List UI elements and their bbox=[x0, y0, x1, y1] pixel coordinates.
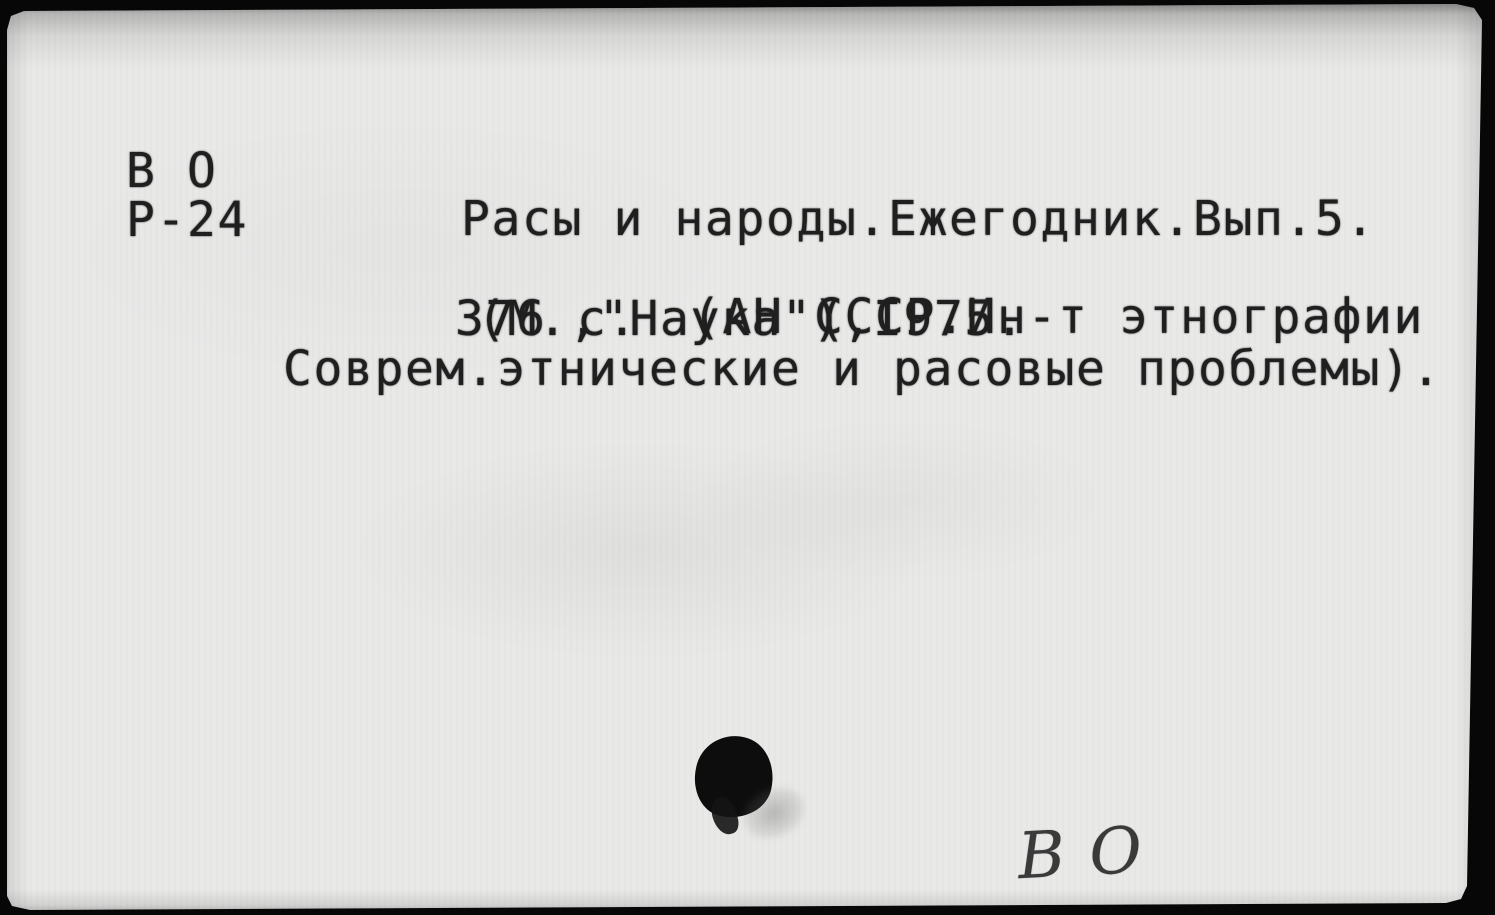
handwritten-classmark: В О bbox=[1016, 819, 1145, 889]
catalog-card: В О Р-24 Расы и народы.Ежегодник.Вып.5. … bbox=[0, 0, 1495, 915]
title-line: Расы и народы.Ежегодник.Вып.5. bbox=[461, 195, 1376, 243]
classmark-section: В О bbox=[126, 147, 218, 195]
scanned-catalog-card-photo: В О Р-24 Расы и народы.Ежегодник.Вып.5. … bbox=[0, 0, 1495, 915]
series-line-2: Соврем.этнические и расовые проблемы). bbox=[283, 345, 1442, 393]
classmark-code: Р-24 bbox=[126, 196, 248, 244]
series-line-1: (АН СССР.Ин-т этнографии bbox=[692, 293, 1424, 341]
pages-statement: 376 с. bbox=[455, 295, 638, 343]
